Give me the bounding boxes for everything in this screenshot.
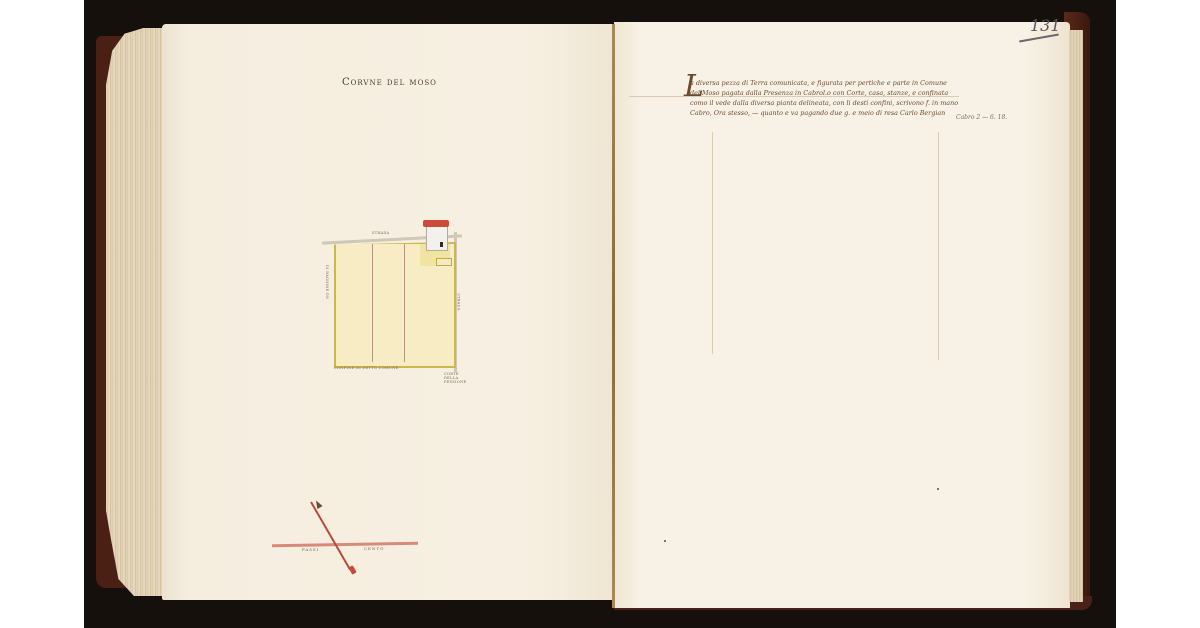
house-roof xyxy=(423,220,449,227)
right-margin-rule xyxy=(938,132,939,360)
page-edges-left xyxy=(106,28,168,596)
ink-speck xyxy=(664,540,666,542)
scale-label-left: PASSI xyxy=(302,547,319,552)
right-side-label: STRADA xyxy=(457,293,461,310)
text-line: a diversa pezza di Terra comunicata, e f… xyxy=(676,78,976,88)
text-line: del Moso pagata dalla Presenza in Cabrol… xyxy=(676,88,976,98)
text-line: Cabro, Ora stesso, — quanto e va pagando… xyxy=(676,108,976,118)
book-gutter xyxy=(612,24,615,608)
courtyard-label-box xyxy=(436,258,452,266)
estate-map: STRADA DI RAGIONE DE STRADA CONFINE DI D… xyxy=(322,220,472,395)
ink-speck xyxy=(937,488,939,490)
manuscript-photo: Corvne del moso STRADA DI RAGIONE DE STR… xyxy=(84,0,1116,628)
map-title: Corvne del moso xyxy=(342,77,437,88)
left-margin-rule xyxy=(712,132,713,354)
house-icon xyxy=(426,223,448,251)
left-side-label: DI RAGIONE DE xyxy=(325,265,329,299)
bottom-right-label: CORTE DELLA PESSIONE xyxy=(444,372,462,384)
house-door xyxy=(440,242,443,247)
scale-label-right: CENTO xyxy=(364,546,384,551)
page-edges-right xyxy=(1069,30,1083,602)
field-division-1 xyxy=(372,244,373,362)
bottom-label: CONFINE DI DETTO COMUNE xyxy=(334,366,399,370)
text-line: como il vede dalla diversa pianta deline… xyxy=(676,98,976,108)
page-number: 131 xyxy=(1030,16,1061,35)
top-road-label: STRADA xyxy=(372,231,389,235)
field-division-2 xyxy=(404,244,405,362)
margin-note: Cabro 2 — 6. 18. xyxy=(956,114,1007,121)
handwritten-entry: a diversa pezza di Terra comunicata, e f… xyxy=(676,78,976,118)
